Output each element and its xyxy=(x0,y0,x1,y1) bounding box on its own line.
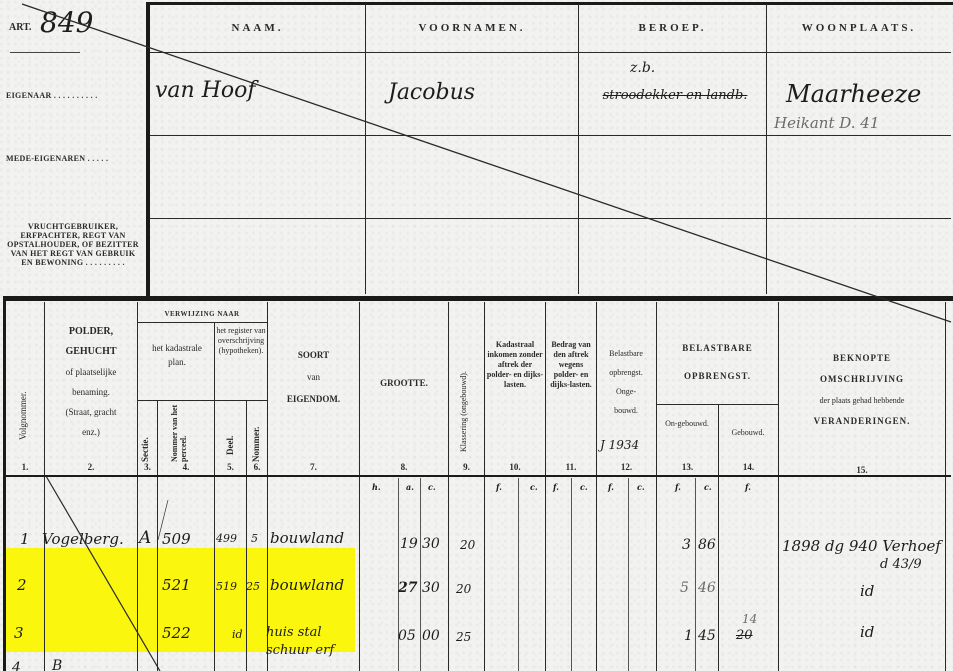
owner-cancel-line xyxy=(22,4,951,322)
perceel-mark xyxy=(158,500,168,540)
parcel-cancel-line xyxy=(46,476,160,671)
cancellation-strokes xyxy=(0,0,953,671)
cadastral-register-page: ART. 849 NAAM. VOORNAMEN. BEROEP. WOONPL… xyxy=(0,0,953,671)
